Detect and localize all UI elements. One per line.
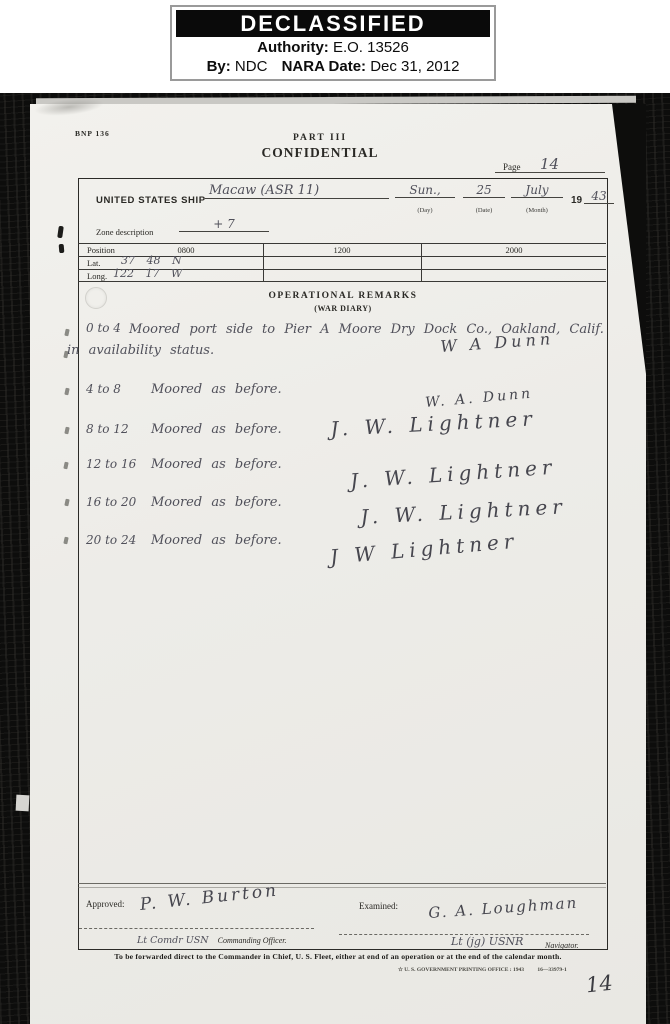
- margin-mark: [63, 462, 68, 470]
- authority-value: E.O. 13526: [333, 39, 409, 56]
- entry-text: Moored as before.: [151, 422, 282, 437]
- nara-date-label: NARA Date:: [282, 58, 366, 75]
- authority-label: Authority:: [257, 39, 329, 56]
- page-label: Page: [503, 162, 521, 172]
- approved-signature: P. W. Burton: [139, 881, 280, 915]
- remarks-subtitle: (WAR DIARY): [79, 304, 607, 313]
- approved-title: Commanding Officer.: [218, 936, 287, 945]
- signoff-divider: [78, 883, 606, 884]
- entry-text: Moored as before.: [151, 495, 282, 510]
- month-value: July: [511, 183, 563, 198]
- corner-page-number: 14: [585, 971, 614, 998]
- forwarding-instruction: To be forwarded direct to the Commander …: [30, 952, 646, 961]
- scanned-war-diary-page: DECLASSIFIED Authority: E.O. 13526 By: N…: [0, 0, 670, 1024]
- year-written: 43: [584, 189, 614, 204]
- navigator-title: Navigator.: [545, 941, 579, 950]
- examined-rank: Lt (jg) USNR: [451, 935, 523, 948]
- declassified-stamp: DECLASSIFIED Authority: E.O. 13526 By: N…: [170, 5, 496, 81]
- entry-hours: 12 to 16: [86, 457, 136, 471]
- ship-label: UNITED STATES SHIP: [96, 195, 206, 206]
- page-number: 14: [540, 155, 559, 173]
- entry-text: Moored as before.: [151, 457, 282, 472]
- part-title: PART III: [30, 133, 610, 143]
- entry-signature: J. W. Lightner: [360, 494, 568, 529]
- position-header: Position: [87, 245, 115, 255]
- col-2000: 2000: [421, 245, 607, 255]
- zone-description-label: Zone description: [96, 227, 153, 237]
- war-diary-form: UNITED STATES SHIP Macaw (ASR 11) Sun., …: [78, 178, 608, 950]
- signoff-divider: [78, 887, 606, 888]
- margin-mark: [64, 499, 69, 507]
- print-code: 16—33979-1: [537, 967, 566, 973]
- day-value: Sun.,: [395, 183, 455, 198]
- table-line: [78, 243, 606, 244]
- stamp-by-line: By: NDC NARA Date: Dec 31, 2012: [172, 57, 494, 76]
- margin-mark: [63, 537, 68, 545]
- gpo-text: ☆ U. S. GOVERNMENT PRINTING OFFICE : 194…: [398, 967, 524, 973]
- month-caption: (Month): [511, 207, 563, 214]
- entry-hours: 16 to 20: [86, 495, 136, 509]
- approved-rank: Lt Comdr USN: [137, 935, 209, 946]
- stamp-title: DECLASSIFIED: [176, 10, 490, 37]
- entry-hours: 20 to 24: [86, 533, 136, 547]
- stamp-authority-line: Authority: E.O. 13526: [172, 38, 494, 57]
- entry-signature: J. W. Lightner: [349, 455, 557, 493]
- gpo-line: ☆ U. S. GOVERNMENT PRINTING OFFICE : 194…: [398, 967, 567, 973]
- by-label: By:: [207, 58, 231, 75]
- day-caption: (Day): [395, 207, 455, 214]
- ink-mark: [57, 226, 64, 239]
- lat-value: 37 48 N: [121, 254, 182, 267]
- ink-mark: [59, 244, 65, 253]
- scan-top-margin: DECLASSIFIED Authority: E.O. 13526 By: N…: [0, 0, 670, 93]
- entry-text: Moored as before.: [151, 382, 282, 397]
- scan-notch: [16, 795, 30, 812]
- year-printed: 19: [571, 195, 582, 206]
- examined-signature: G. A. Loughman: [428, 894, 579, 922]
- lat-label: Lat.: [87, 258, 100, 268]
- col-1200: 1200: [263, 245, 421, 255]
- entry-signature: J. W. Lightner: [330, 406, 538, 441]
- nara-date-value: Dec 31, 2012: [370, 58, 459, 75]
- table-line: [78, 281, 606, 282]
- entry-hours: 8 to 12: [86, 422, 129, 436]
- date-value: 25: [463, 183, 505, 198]
- margin-mark: [64, 427, 69, 435]
- by-value: NDC: [235, 58, 268, 75]
- document-page: BNP 136 PART III CONFIDENTIAL Page 14 UN…: [30, 104, 646, 1024]
- approved-signature-line: [79, 928, 314, 929]
- entry-signature: J W Lightner: [329, 529, 519, 569]
- approved-title-row: Lt Comdr USN Commanding Officer.: [137, 930, 287, 948]
- approved-label: Approved:: [86, 899, 125, 909]
- margin-mark: [64, 388, 69, 396]
- long-value: 122 17 W: [113, 267, 182, 280]
- ship-name: Macaw (ASR 11): [205, 183, 389, 199]
- remarks-title: OPERATIONAL REMARKS: [79, 291, 607, 301]
- long-label: Long.: [87, 271, 107, 281]
- page-number-row: Page 14: [495, 154, 605, 173]
- entry-text: Moored as before.: [151, 533, 282, 548]
- zone-description-value: + 7: [179, 217, 269, 232]
- examined-label: Examined:: [359, 901, 398, 911]
- entry-hours: 4 to 8: [86, 382, 121, 396]
- date-caption: (Date): [463, 207, 505, 214]
